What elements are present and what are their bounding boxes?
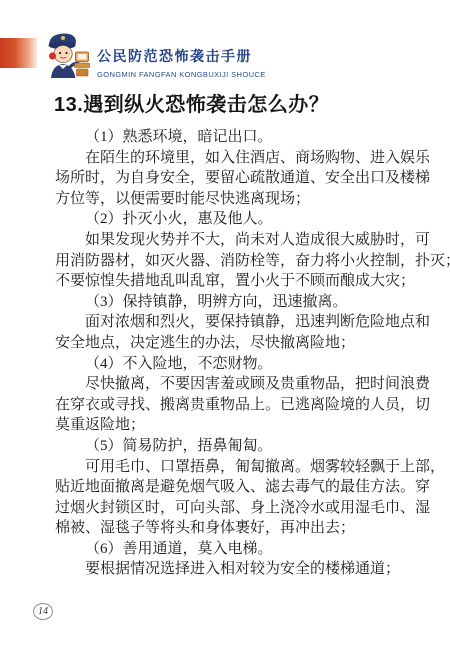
police-mascot-icon bbox=[42, 31, 94, 78]
text-line: 过烟火封锁区时，可向头部、身上浇冷水或用湿毛巾、湿 bbox=[55, 498, 407, 519]
text-line: 可用毛巾、口罩捂鼻，匍匐撤离。烟雾较轻飘于上部， bbox=[55, 457, 407, 478]
section-title: 13.遇到纵火恐怖袭击怎么办？ bbox=[54, 88, 329, 117]
text-line: 要根据情况选择进入相对较为安全的楼梯通道； bbox=[55, 559, 407, 580]
page-number: 14 bbox=[38, 606, 48, 617]
text-line: 面对浓烟和烈火，要保持镇静，迅速判断危险地点和 bbox=[55, 312, 407, 333]
text-line: 尽快撤离，不要因害羞或顾及贵重物品，把时间浪费 bbox=[55, 374, 407, 395]
text-line: （3）保持镇静，明辨方向，迅速撤离。 bbox=[55, 292, 407, 313]
header-red-gradient-bar bbox=[0, 38, 37, 68]
text-line: 棉被、湿毯子等将头和身体裹好，再冲出去； bbox=[55, 518, 407, 539]
text-line: 在陌生的环境里，如入住酒店、商场购物、进入娱乐 bbox=[55, 148, 407, 169]
text-line: （4）不入险地，不恋财物。 bbox=[55, 354, 407, 375]
text-line: 方位等，以便需要时能尽快逃离现场； bbox=[55, 189, 407, 210]
brand-block: 公民防范恐怖袭击手册 GONGMIN FANGFAN KONGBUXIJI SH… bbox=[97, 46, 317, 79]
handbook-page: 公民防范恐怖袭击手册 GONGMIN FANGFAN KONGBUXIJI SH… bbox=[0, 0, 450, 658]
text-line: 莫重返险地； bbox=[55, 415, 407, 436]
text-line: 安全地点，决定逃生的办法，尽快撤离险地； bbox=[55, 333, 407, 354]
text-line: （6）善用通道，莫入电梯。 bbox=[55, 539, 407, 560]
text-line: 如果发现火势并不大，尚未对人造成很大威胁时，可 bbox=[55, 230, 407, 251]
handbook-title: 公民防范恐怖袭击手册 bbox=[97, 46, 317, 66]
text-line: （2）扑灭小火，惠及他人。 bbox=[55, 209, 407, 230]
text-line: （5）简易防护，捂鼻匍匐。 bbox=[55, 436, 407, 457]
text-line: （1）熟悉环境，暗记出口。 bbox=[55, 127, 407, 148]
text-line: 场所时，为自身安全，要留心疏散通道、安全出口及楼梯 bbox=[55, 168, 407, 189]
body-text: （1）熟悉环境，暗记出口。在陌生的环境里，如入住酒店、商场购物、进入娱乐场所时，… bbox=[55, 127, 407, 580]
handbook-subtitle-pinyin: GONGMIN FANGFAN KONGBUXIJI SHOUCE bbox=[97, 70, 317, 79]
page-number-badge: 14 bbox=[33, 603, 53, 620]
text-line: 贴近地面撤离是避免烟气吸入、滤去毒气的最佳方法。穿 bbox=[55, 477, 407, 498]
text-line: 在穿衣或寻找、搬离贵重物品上。已逃离险境的人员，切 bbox=[55, 395, 407, 416]
text-line: 用消防器材，如灭火器、消防栓等，奋力将小火控制，扑灭； bbox=[55, 251, 407, 272]
text-line: 不要惊惶失措地乱叫乱窜，置小火于不顾而酿成大灾； bbox=[55, 271, 407, 292]
